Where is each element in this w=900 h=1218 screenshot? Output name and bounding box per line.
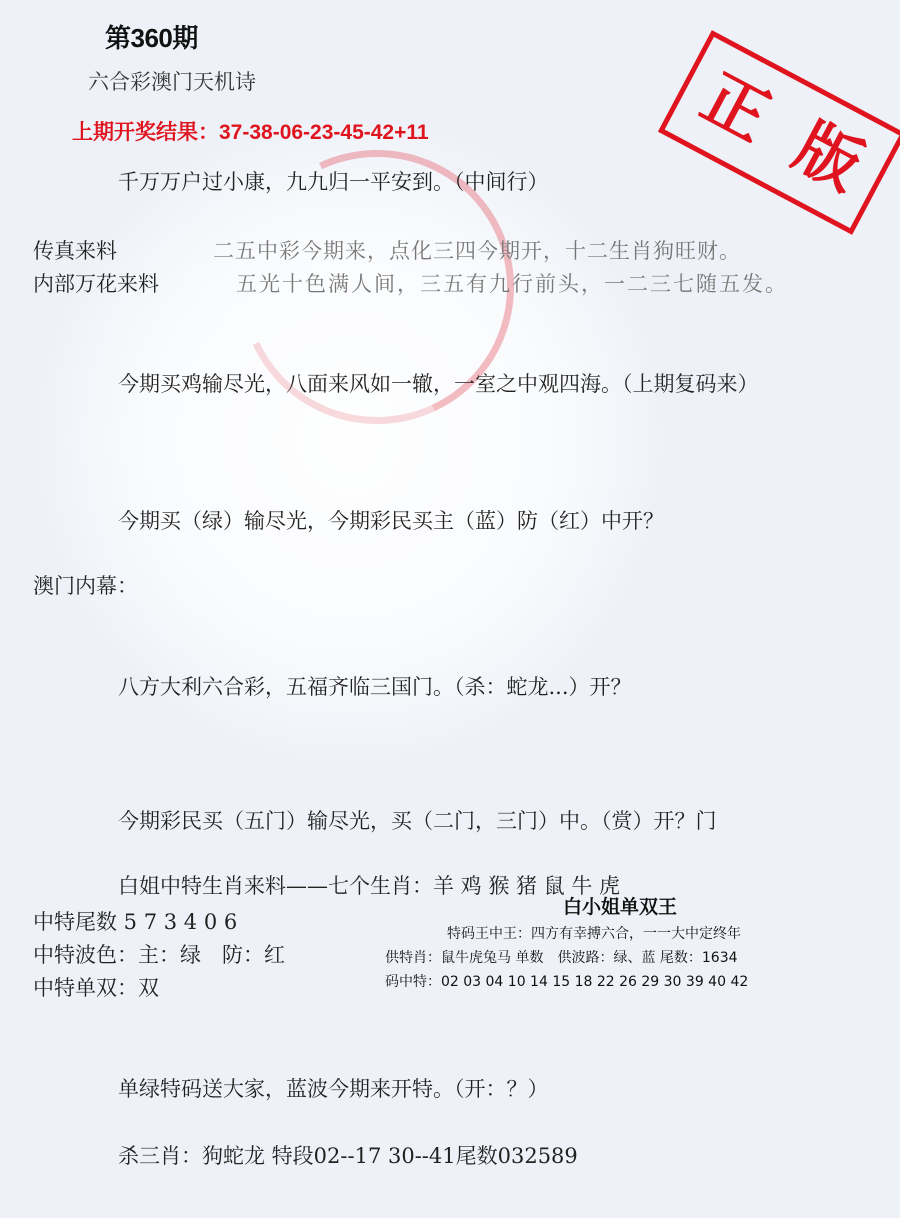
- poem-line-4: 八方大利六合彩，五福齐临三国门。（杀：蛇龙...）开？: [118, 671, 632, 701]
- special-odd-even: 中特单双：双: [33, 972, 159, 1002]
- fax-label: 传真来料: [33, 235, 117, 265]
- special-tail-numbers: 中特尾数 5 7 3 4 0 6: [33, 906, 237, 936]
- bai-box-title: 白小姐单双王: [415, 892, 825, 919]
- internal-text: 五光十色满人间，三五有九行前头，一二三七随五发。: [236, 268, 788, 298]
- poem-line-1: 千万万户过小康，九九归一平安到。（中间行）: [118, 166, 549, 196]
- last-result-label: 上期开奖结果：: [72, 121, 219, 144]
- bai-box-row-1: 特码王中王：四方有幸搏六合，一一大中定终年: [385, 923, 825, 943]
- bai-box-row-3: 码中特：02 03 04 10 14 15 18 22 26 29 30 39 …: [385, 971, 825, 991]
- stamp-char-2: 版: [785, 114, 872, 201]
- inside-label: 澳门内幕：: [33, 570, 138, 600]
- bai-box-row-2: 供特肖：鼠牛虎兔马 单数 供波路：绿、蓝 尾数：1634: [385, 947, 825, 967]
- poem-line-3: 今期买（绿）输尽光，今期彩民买主（蓝）防（红）中开？: [118, 505, 664, 535]
- page-subtitle: 六合彩澳门天机诗: [88, 66, 256, 96]
- stamp-char-1: 正: [692, 65, 779, 152]
- last-result: 上期开奖结果：37-38-06-23-45-42+11: [72, 116, 429, 146]
- last-result-value: 37-38-06-23-45-42+11: [219, 121, 429, 144]
- poem-line-8: 杀三肖：狗蛇龙 特段02--17 30--41尾数032589: [118, 1140, 610, 1170]
- fax-text: 二五中彩今期来，点化三四今期开，十二生肖狗旺财。: [213, 235, 741, 265]
- poem-line-5: 今期彩民买（五门）输尽光，买（二门，三门）中。（赏）开？门: [118, 805, 717, 835]
- bai-xiaojie-box: 白小姐单双王 特码王中王：四方有幸搏六合，一一大中定终年 供特肖：鼠牛虎兔马 单…: [385, 892, 825, 991]
- internal-label: 内部万花来料: [33, 268, 159, 298]
- poem-line-2: 今期买鸡输尽光，八面来风如一辙，一室之中观四海。（上期复码来）: [118, 368, 759, 398]
- issue-number: 第360期: [105, 18, 198, 55]
- poem-line-7: 单绿特码送大家，蓝波今期来开特。（开：？）: [118, 1073, 549, 1103]
- authentic-stamp: 正 版: [658, 30, 900, 235]
- special-wave-color: 中特波色：主：绿 防：红: [33, 939, 285, 969]
